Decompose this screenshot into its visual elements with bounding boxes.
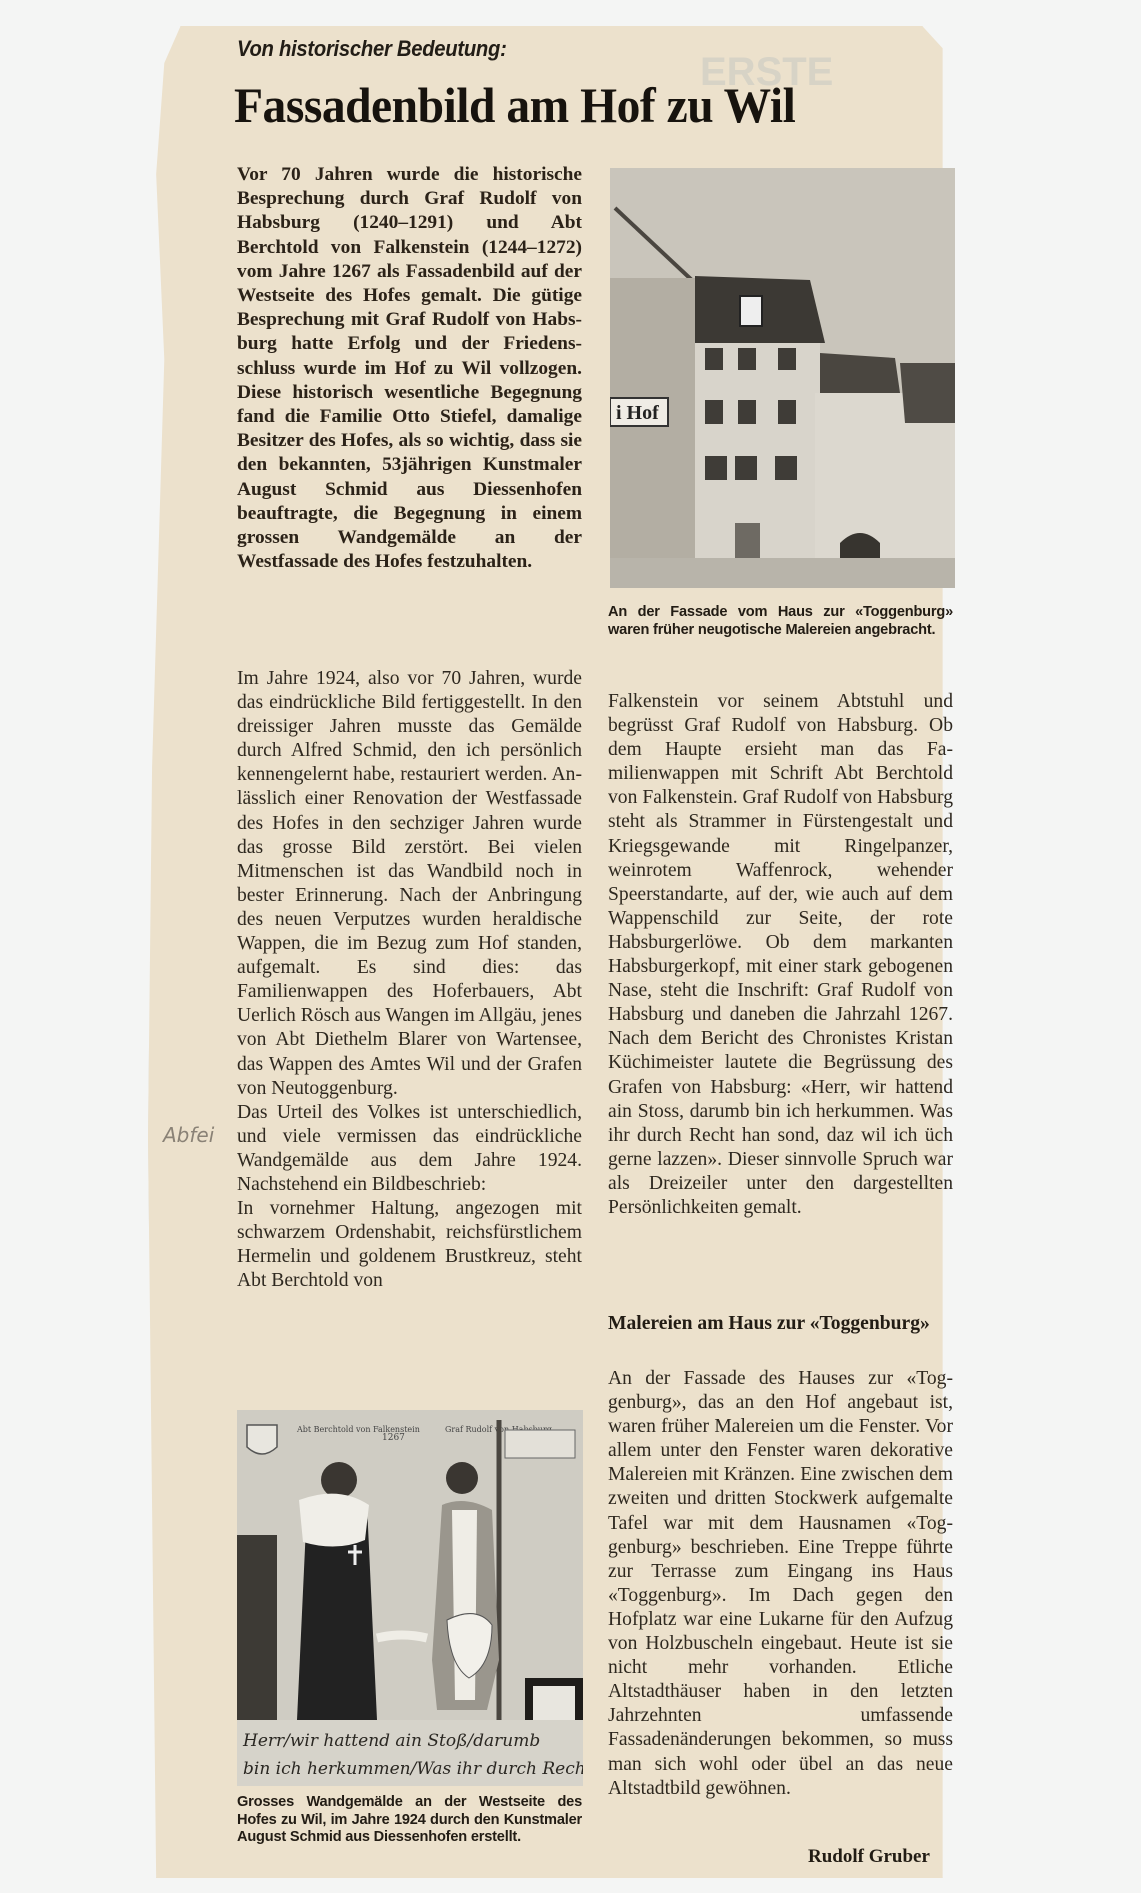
body-paragraph: An der Fassade des Hauses zur «Tog­genbu… (608, 1367, 953, 1801)
body-paragraph: In vornehmer Haltung, angezogen mit schw… (237, 1197, 582, 1293)
article-kicker: Von historischer Bedeutung: (237, 36, 507, 62)
house-photo: i Hof (610, 168, 955, 588)
house-sign-text: i Hof (616, 402, 659, 424)
body-paragraph: Das Urteil des Volkes ist unterschied­li… (237, 1101, 582, 1197)
handwritten-margin-note: Abfei (163, 1123, 214, 1147)
mural-year: 1267 (382, 1433, 405, 1443)
article-body-left: Im Jahre 1924, also vor 70 Jahren, wurde… (237, 667, 582, 1293)
house-illustration: i Hof (610, 168, 955, 588)
mural-inscription-line-2: bin ich herkummen/Was ihr durch Recht (243, 1759, 583, 1779)
article-lead: Vor 70 Jahren wurde die histori­sche Bes… (237, 163, 582, 574)
body-paragraph: Falkenstein vor seinem Abtstuhl und begr… (608, 690, 953, 1220)
section-subheading: Malereien am Haus zur «Toggenburg» (608, 1312, 953, 1336)
mural-inscription-line-1: Herr/wir hattend ain Stoß/darumb (242, 1731, 540, 1751)
mural-illustration: Abt Berchtold von Falkenstein 1267 Graf … (237, 1410, 583, 1786)
article-body-right-section: An der Fassade des Hauses zur «Tog­genbu… (608, 1367, 953, 1801)
article-body-right: Falkenstein vor seinem Abtstuhl und begr… (608, 690, 953, 1220)
house-photo-caption: An der Fassade vom Haus zur «Toggen­burg… (608, 604, 953, 639)
coat-of-arms-icon (247, 1425, 277, 1454)
article-headline: Fassadenbild am Hof zu Wil (234, 76, 795, 134)
mural-photo-caption: Grosses Wandgemälde an der Westseite des… (237, 1794, 582, 1847)
author-byline: Rudolf Gruber (808, 1846, 930, 1868)
mural-photo: Abt Berchtold von Falkenstein 1267 Graf … (237, 1410, 583, 1786)
lead-paragraph: Vor 70 Jahren wurde die histori­sche Bes… (237, 163, 582, 574)
body-paragraph: Im Jahre 1924, also vor 70 Jahren, wurde… (237, 667, 582, 1101)
